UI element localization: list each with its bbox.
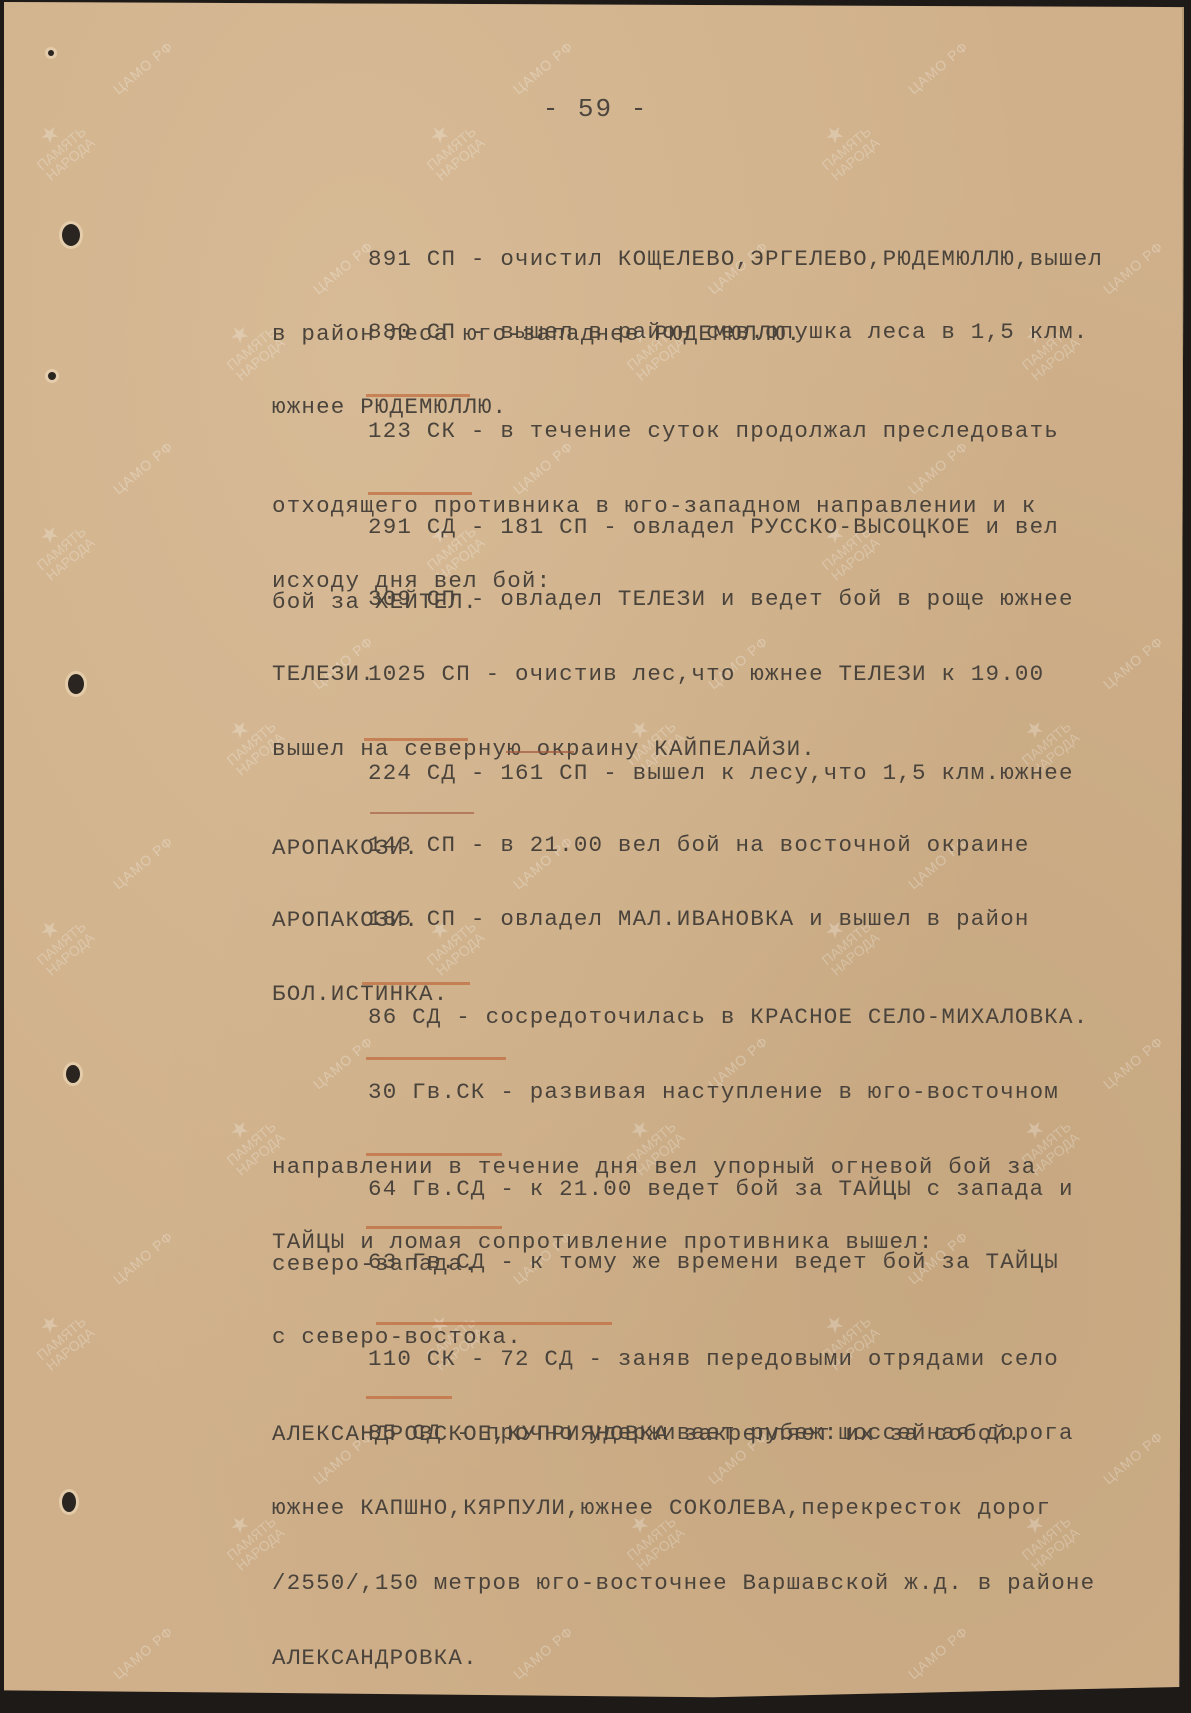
punch-hole — [62, 1492, 76, 1512]
text-line: 63 Гв.СД - к тому же времени ведет бой з… — [272, 1250, 1172, 1275]
punch-hole — [66, 1065, 80, 1083]
page-number: - 59 - — [0, 94, 1191, 124]
pencil-underline — [368, 492, 472, 495]
text-line: южнее КАПШНО,КЯРПУЛИ,южнее СОКОЛЕВА,пере… — [272, 1496, 1172, 1521]
pencil-underline — [366, 1396, 452, 1399]
text-line: 123 СК - в течение суток продолжал пресл… — [272, 419, 1172, 444]
pencil-underline — [506, 751, 574, 753]
text-line: 30 Гв.СК - развивая наступление в юго-во… — [272, 1080, 1172, 1105]
punch-hole — [48, 50, 54, 56]
text-line: АЛЕКСАНДРОВКА. — [272, 1646, 1172, 1671]
text-line: 86 СД - сосредоточилась в КРАСНОЕ СЕЛО-М… — [272, 1005, 1172, 1030]
pencil-underline — [362, 982, 470, 985]
punch-hole — [68, 674, 84, 694]
punch-hole — [62, 224, 80, 246]
pencil-underline — [366, 1057, 506, 1060]
text-line: /2550/,150 метров юго-восточнее Варшавск… — [272, 1571, 1172, 1596]
text-line: 110 СК - 72 СД - заняв передовыми отряда… — [272, 1347, 1172, 1372]
text-line: 880 СП - вышел в район сев.опушка леса в… — [272, 320, 1172, 345]
punch-hole — [48, 372, 56, 380]
text-line: 185 СП - овладел МАЛ.ИВАНОВКА и вышел в … — [272, 907, 1172, 932]
text-line: 143 СП - в 21.00 вел бой на восточной ок… — [272, 833, 1172, 858]
text-line: 64 Гв.СД - к 21.00 ведет бой за ТАЙЦЫ с … — [272, 1177, 1172, 1202]
text-line: 309 СП - овладел ТЕЛЕЗИ и ведет бой в ро… — [272, 587, 1172, 612]
pencil-underline — [366, 1153, 502, 1156]
pencil-underline — [366, 1226, 502, 1229]
paragraph-85-sd: 85 СД - прочно удерживает рубеж:шоссейна… — [272, 1371, 1172, 1696]
pencil-underline — [364, 738, 468, 741]
pencil-underline — [370, 812, 474, 814]
pencil-underline — [376, 1322, 612, 1325]
pencil-underline — [366, 394, 470, 397]
text-line: 85 СД - прочно удерживает рубеж:шоссейна… — [272, 1421, 1172, 1446]
text-line: 891 СП - очистил КОЩЕЛЕВО,ЭРГЕЛЕВО,РЮДЕМ… — [272, 247, 1172, 272]
text-line: 1025 СП - очистив лес,что южнее ТЕЛЕЗИ к… — [272, 662, 1172, 687]
